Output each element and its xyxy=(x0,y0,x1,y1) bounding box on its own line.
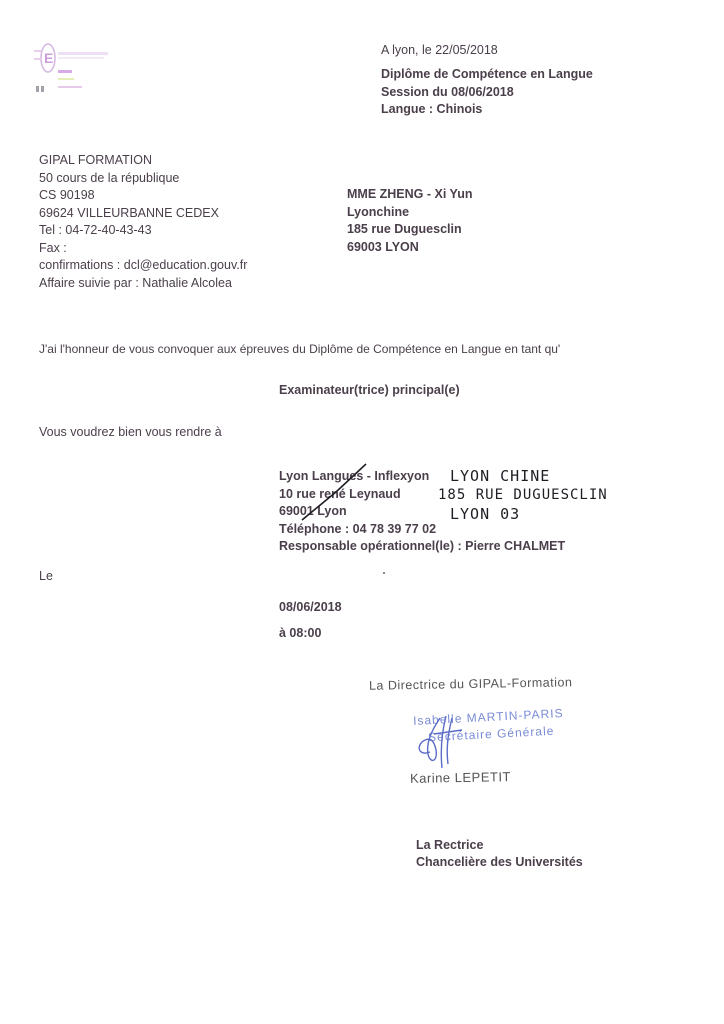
recipient-address: MME ZHENG - Xi Yun Lyonchine 185 rue Dug… xyxy=(347,186,472,256)
sender-email: confirmations : dcl@education.gouv.fr xyxy=(39,257,247,275)
exam-title: Diplôme de Compétence en Langue xyxy=(381,66,593,84)
signatory-title: La Directrice du GIPAL-Formation xyxy=(369,675,573,693)
sender-line: CS 90198 xyxy=(39,187,247,205)
gipal-logo: E xyxy=(34,38,114,100)
recipient-line: Lyonchine xyxy=(347,204,472,222)
handwritten-venue-street: 185 RUE DUGUESCLIN xyxy=(438,486,608,504)
schedule-label: Le xyxy=(39,568,53,586)
stray-dot xyxy=(383,572,385,574)
sender-address: GIPAL FORMATION 50 cours de la républiqu… xyxy=(39,152,247,292)
recipient-line: 185 rue Duguesclin xyxy=(347,221,472,239)
recipient-line: MME ZHENG - Xi Yun xyxy=(347,186,472,204)
sender-line: 69624 VILLEURBANNE CEDEX xyxy=(39,205,247,223)
signatory-name: Karine LEPETIT xyxy=(410,769,511,786)
handwritten-venue-name: LYON CHINE xyxy=(450,467,550,485)
sender-line: Affaire suivie par : Nathalie Alcolea xyxy=(39,275,247,293)
handwritten-signature xyxy=(412,712,472,772)
venue-manager: Responsable opérationnel(le) : Pierre CH… xyxy=(279,538,565,556)
session-date: Session du 08/06/2018 xyxy=(381,84,514,102)
exam-time: à 08:00 xyxy=(279,625,321,643)
language: Langue : Chinois xyxy=(381,101,482,119)
sender-line: GIPAL FORMATION xyxy=(39,152,247,170)
gipal-formation-logo-icon: E xyxy=(34,38,114,100)
sender-line: Tel : 04-72-40-43-43 xyxy=(39,222,247,240)
svg-text:E: E xyxy=(44,50,53,66)
strikethrough-mark xyxy=(296,462,376,524)
go-to-text: Vous voudrez bien vous rendre à xyxy=(39,424,222,442)
sender-line: Fax : xyxy=(39,240,247,258)
sender-line: 50 cours de la république xyxy=(39,170,247,188)
rector-subtitle: Chancelière des Universités xyxy=(416,854,583,872)
role: Examinateur(trice) principal(e) xyxy=(279,382,460,400)
intro-text: J'ai l'honneur de vous convoquer aux épr… xyxy=(39,341,560,359)
recipient-line: 69003 LYON xyxy=(347,239,472,257)
place-date: A lyon, le 22/05/2018 xyxy=(381,42,498,60)
exam-date: 08/06/2018 xyxy=(279,599,342,617)
handwritten-venue-city: LYON 03 xyxy=(450,505,520,523)
rector-title: La Rectrice xyxy=(416,837,483,855)
